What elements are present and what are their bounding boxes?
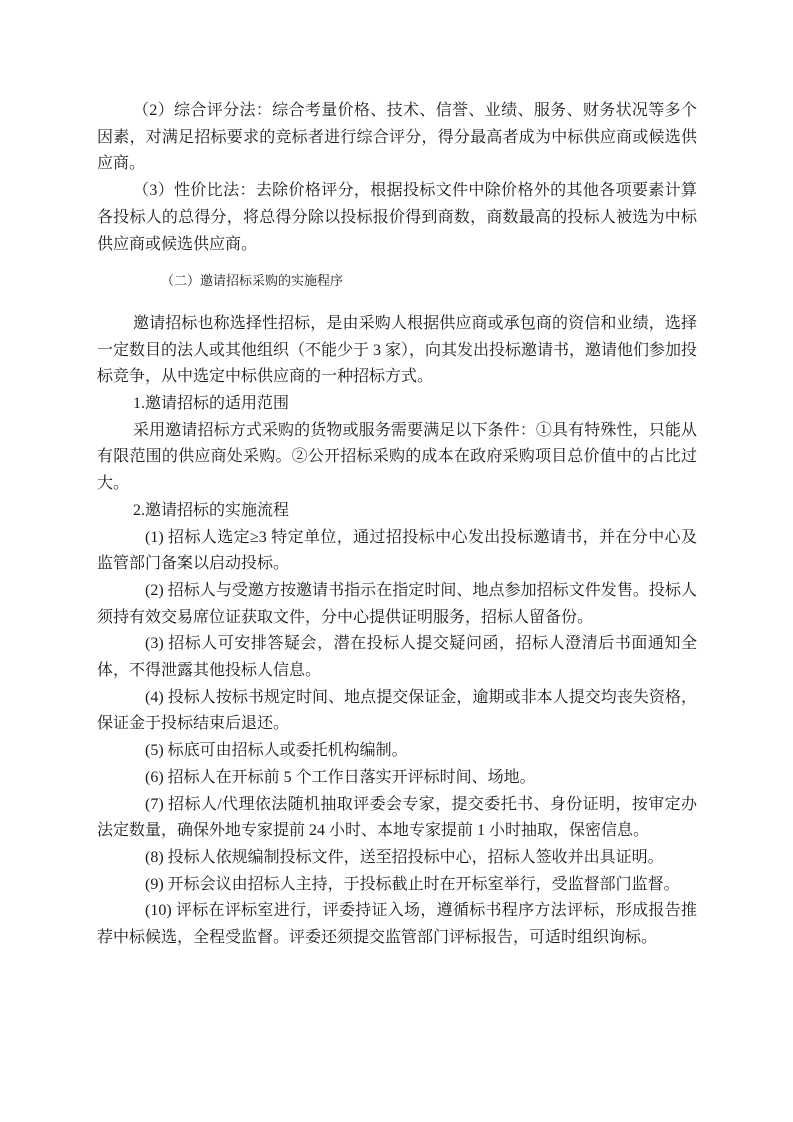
subheading-applicable-scope: 1.邀请招标的适用范围 [97,391,697,418]
process-step-9: (9) 开标会议由招标人主持，于投标截止时在开标室举行，受监督部门监督。 [97,872,697,899]
document-page: （2）综合评分法：综合考量价格、技术、信誉、业绩、服务、财务状况等多个因素，对满… [0,0,793,1122]
subheading-implementation-process: 2.邀请招标的实施流程 [97,498,697,525]
para-comprehensive-scoring-method: （2）综合评分法：综合考量价格、技术、信誉、业绩、服务、财务状况等多个因素，对满… [97,98,697,178]
process-step-2: (2) 招标人与受邀方按邀请书指示在指定时间、地点参加招标文件发售。投标人须持有… [97,578,697,631]
process-step-3: (3) 招标人可安排答疑会，潜在投标人提交疑问函，招标人澄清后书面通知全体，不得… [97,631,697,684]
process-step-1: (1) 招标人选定≥3 特定单位，通过招投标中心发出投标邀请书，并在分中心及监管… [97,525,697,578]
process-step-7: (7) 招标人/代理依法随机抽取评委会专家，提交委托书、身份证明，按审定办法定数… [97,792,697,845]
process-step-4: (4) 投标人按标书规定时间、地点提交保证金，逾期或非本人提交均丧失资格，保证金… [97,685,697,738]
process-step-8: (8) 投标人依规编制投标文件，送至招投标中心，招标人签收并出具证明。 [97,845,697,872]
process-step-10: (10) 评标在评标室进行，评委持证入场，遵循标书程序方法评标，形成报告推荐中标… [97,898,697,951]
process-step-5: (5) 标底可由招标人或委托机构编制。 [97,738,697,765]
document-body: （2）综合评分法：综合考量价格、技术、信誉、业绩、服务、财务状况等多个因素，对满… [97,98,697,952]
process-step-6: (6) 招标人在开标前 5 个工作日落实开评标时间、场地。 [97,765,697,792]
para-scope-conditions: 采用邀请招标方式采购的货物或服务需要满足以下条件：①具有特殊性，只能从有限范围的… [97,418,697,498]
para-invited-bidding-intro: 邀请招标也称选择性招标，是由采购人根据供应商或承包商的资信和业绩，选择一定数目的… [97,311,697,391]
para-cost-effectiveness-method: （3）性价比法：去除价格评分，根据投标文件中除价格外的其他各项要素计算各投标人的… [97,178,697,258]
section-heading-invited-bidding-procedure: （二）邀请招标采购的实施程序 [97,268,697,295]
